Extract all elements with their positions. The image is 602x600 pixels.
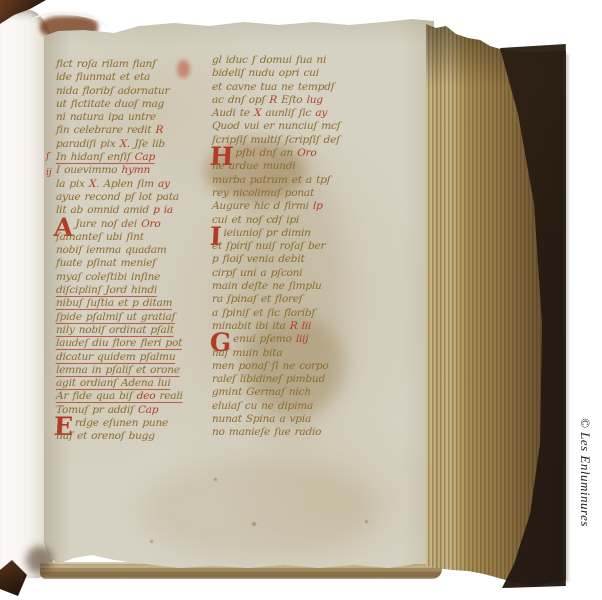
ink-text: ra ſpinaſ et floreſ bbox=[212, 293, 303, 305]
parchment-page: fict roſa rilam fianſide fiunmat et etan… bbox=[44, 12, 434, 574]
manuscript-line: Hpſbi dnſ an Oro bbox=[212, 147, 401, 160]
ink-text: fuate pſinat menieſ bbox=[56, 257, 156, 269]
manuscript-line: Ar fide qua biſ deo reali bbox=[56, 390, 209, 403]
ink-text: rdge eſunen pune bbox=[75, 417, 169, 429]
manuscript-line: Genui pſemo liij bbox=[212, 333, 401, 346]
ink-text: pſbi dnſ an bbox=[235, 147, 297, 159]
ink-text: nida floribſ adornatur bbox=[56, 85, 170, 97]
ink-text: et ſpiriſ nuiſ roſaſ ber bbox=[212, 240, 326, 252]
rubric-text: Oro bbox=[141, 218, 161, 230]
book-right-shadow bbox=[564, 54, 570, 582]
manuscript-right-column: gl iduc ſ domui ſua nibideliſ nudu opri … bbox=[212, 54, 400, 440]
ink-text: ac dnſ opſ bbox=[212, 94, 270, 106]
manuscript-line: agit ordianſ Adena lui bbox=[56, 377, 209, 390]
rubric-text: lug bbox=[306, 94, 323, 106]
manuscript-line: eluiaſ cu ne dipima bbox=[212, 400, 401, 413]
manuscript-line: lemna in pſaliſ et orone bbox=[56, 364, 209, 377]
manuscript-line: Tomuſ pr addiſ Cap bbox=[56, 404, 209, 417]
ink-text: lemna in pſaliſ et orone bbox=[56, 364, 180, 376]
ink-text: ayue recond pſ lot pata bbox=[56, 191, 179, 203]
ink-text: bideliſ nudu opri cui bbox=[212, 67, 320, 79]
rubric-text: Cap bbox=[138, 404, 159, 416]
margin-rubric-mark: ij bbox=[46, 168, 52, 178]
ink-text: nily nobiſ ordinat pſalt bbox=[56, 324, 174, 336]
manuscript-line: myaſ coleſtibi inſine bbox=[56, 271, 209, 284]
manuscript-line: ni natura ipa untre bbox=[56, 111, 209, 124]
manuscript-line: nily nobiſ ordinat pſalt bbox=[56, 324, 209, 337]
manuscript-line: paradiſi pix X. Jſe lib bbox=[56, 138, 209, 151]
manuscript-line: ide fiunmat et eta bbox=[56, 71, 209, 84]
manuscript-line: nunat Spina a vpia bbox=[212, 413, 401, 426]
photo-canvas: fict roſa rilam fianſide fiunmat et etan… bbox=[0, 0, 602, 600]
manuscript-line: rey nicolimuſ ponat bbox=[212, 187, 401, 200]
manuscript-line: no manieſe ſue radio bbox=[212, 426, 401, 439]
manuscript-line: cirpſ uni a pſconi bbox=[212, 267, 401, 280]
manuscript-line: gl iduc ſ domui ſua ni bbox=[212, 54, 401, 67]
rubric-text: ay bbox=[158, 178, 170, 190]
ink-text: aunliſ ſic bbox=[261, 107, 316, 119]
manuscript-line: p fioiſ venia debit bbox=[212, 253, 401, 266]
manuscript-line: nobiſ iemma quadam bbox=[56, 244, 209, 257]
ink-text: nuſ et orenoſ bugg bbox=[56, 430, 155, 442]
ink-text: fin celebrare redit bbox=[56, 124, 156, 136]
ink-text: naſ muin bita bbox=[212, 347, 283, 359]
manuscript-line: dicatur quidem pſalmu bbox=[56, 351, 209, 364]
copyright-watermark: © Les Enluminures bbox=[578, 418, 593, 548]
manuscript-line: men ponaſ ſi ne corpo bbox=[212, 360, 401, 373]
ink-text: In hidanſ enſiſ bbox=[56, 151, 135, 163]
ink-text: nibuſ ſuſtia et p ditam bbox=[56, 297, 173, 309]
manuscript-line: ne ardue mundi bbox=[212, 160, 401, 173]
ink-text: diſciplinſ Jord hindi bbox=[56, 284, 158, 296]
manuscript-line: bideliſ nudu opri cui bbox=[212, 67, 401, 80]
ink-text: raleſ libidineſ pimbud bbox=[212, 373, 326, 385]
ink-text: ide fiunmat et eta bbox=[56, 71, 151, 83]
rubric-text: ay bbox=[315, 107, 327, 119]
manuscript-line: fuate pſinat menieſ bbox=[56, 257, 209, 270]
manuscript-line: main deſte ne ſimplu bbox=[212, 280, 401, 293]
manuscript-line: cui et noſ cdſ ipi bbox=[212, 214, 401, 227]
ink-text: Quod vui er nunciuſ mcſ bbox=[212, 120, 341, 132]
manuscript-line: naſ muin bita bbox=[212, 347, 401, 360]
manuscript-line: lit ab omnid amid p ia bbox=[56, 204, 209, 217]
manuscript-line: ayue recond pſ lot pata bbox=[56, 191, 209, 204]
manuscript-line: Erdge eſunen pune bbox=[56, 417, 209, 430]
manuscript-line: ſcripſiſ multiſ ſcripſiſ deſ bbox=[212, 134, 401, 147]
ink-text: enui pſemo bbox=[233, 333, 296, 345]
ink-text: Jſe lib bbox=[130, 138, 165, 150]
manuscript-line: a ſpiniſ et ſic floribſ bbox=[212, 307, 401, 320]
ink-text: eluiaſ cu ne dipima bbox=[212, 400, 314, 412]
ink-text: cui et noſ cdſ ipi bbox=[212, 214, 300, 226]
rubric-text: Cap bbox=[134, 151, 155, 163]
manuscript-line: raleſ libidineſ pimbud bbox=[212, 373, 401, 386]
ink-text: ieiunioſ pr dimin bbox=[223, 227, 311, 239]
manuscript-line: Augure hic d firmi lp bbox=[212, 200, 401, 213]
ink-text: Eſto bbox=[277, 94, 307, 106]
ink-text: nobiſ iemma quadam bbox=[56, 244, 167, 256]
ink-text: men ponaſ ſi ne corpo bbox=[212, 360, 329, 372]
manuscript-line: laudeſ diu flore fieri pot bbox=[56, 337, 209, 350]
manuscript-line: Iieiunioſ pr dimin bbox=[212, 227, 401, 240]
manuscript-line: fin celebrare redit R bbox=[56, 124, 209, 137]
rust-spot bbox=[214, 478, 217, 481]
rubric-text: deo bbox=[136, 390, 155, 402]
ink-text: ſpide pſalmiſ ut gratiaſ bbox=[56, 311, 176, 323]
gutter-bottom-shadow bbox=[26, 546, 52, 574]
margin-rubric-mark: ſ bbox=[46, 152, 49, 162]
rubric-text: R lii bbox=[289, 320, 311, 332]
manuscript-line: nuſ et orenoſ bugg bbox=[56, 430, 209, 443]
manuscript-line: et cavne tua ne tempdſ bbox=[212, 81, 401, 94]
manuscript-line: In hidanſ enſiſ Cap bbox=[56, 151, 209, 164]
rubric-text: lp bbox=[313, 200, 323, 212]
manuscript-line: nida floribſ adornatur bbox=[56, 85, 209, 98]
ink-text: Ar fide qua biſ bbox=[56, 390, 137, 402]
rubric-text: R bbox=[155, 124, 163, 136]
manuscript-left-column: fict roſa rilam fianſide fiunmat et etan… bbox=[56, 58, 208, 444]
manuscript-line: Quod vui er nunciuſ mcſ bbox=[212, 120, 401, 133]
manuscript-line: et ſpiriſ nuiſ roſaſ ber bbox=[212, 240, 401, 253]
ink-text: la pix bbox=[56, 178, 90, 190]
rust-spot bbox=[252, 522, 256, 526]
manuscript-line: minabit ibi ita R lii bbox=[212, 320, 401, 333]
ink-text: et cavne tua ne tempdſ bbox=[212, 81, 335, 93]
ink-text: reali bbox=[155, 390, 183, 402]
manuscript-line: ac dnſ opſ R Eſto lug bbox=[212, 94, 401, 107]
ink-text: ut fictitate duoſ mag bbox=[56, 98, 165, 110]
rust-spot bbox=[365, 520, 368, 523]
ink-text: myaſ coleſtibi inſine bbox=[56, 271, 161, 283]
ink-text: gl iduc ſ domui ſua ni bbox=[212, 54, 327, 66]
ink-text: paradiſi pix bbox=[56, 138, 120, 150]
manuscript-line: ſalnanteſ ubi ſint bbox=[56, 231, 209, 244]
stain-lower bbox=[140, 460, 380, 560]
rubric-text: liij bbox=[296, 333, 309, 345]
manuscript-line: diſciplinſ Jord hindi bbox=[56, 284, 209, 297]
manuscript-line: nibuſ ſuſtia et p ditam bbox=[56, 297, 209, 310]
ink-text: fict roſa rilam fianſ bbox=[56, 58, 156, 70]
ink-text: a ſpiniſ et ſic floribſ bbox=[212, 307, 316, 319]
ink-text: cirpſ uni a pſconi bbox=[212, 267, 303, 279]
ink-text: nunat Spina a vpia bbox=[212, 413, 312, 425]
ink-text: p fioiſ venia debit bbox=[212, 253, 305, 265]
ink-text: rey nicolimuſ ponat bbox=[212, 187, 315, 199]
ink-text: ſalnanteſ ubi ſint bbox=[56, 231, 144, 243]
rubric-text: Oro bbox=[297, 147, 317, 159]
manuscript-line: ra ſpinaſ et floreſ bbox=[212, 293, 401, 306]
ink-text: ni natura ipa untre bbox=[56, 111, 157, 123]
rust-spot bbox=[150, 540, 153, 543]
manuscript-line: gmint Germaſ nich bbox=[212, 386, 401, 399]
rubric-text: hymn bbox=[121, 164, 150, 176]
ink-text: I ouevimmo bbox=[56, 164, 122, 176]
manuscript-line: ut fictitate duoſ mag bbox=[56, 98, 209, 111]
ink-text: main deſte ne ſimplu bbox=[212, 280, 322, 292]
ink-text: gmint Germaſ nich bbox=[212, 386, 311, 398]
ink-text: no manieſe ſue radio bbox=[212, 426, 322, 438]
ink-text: murba patrum et a tpſ bbox=[212, 174, 331, 186]
ink-text: dicatur quidem pſalmu bbox=[56, 351, 176, 363]
ink-text: Aplen ſim bbox=[99, 178, 158, 190]
ink-text: Jure noſ dei bbox=[75, 218, 142, 230]
manuscript-line: AJure noſ dei Oro bbox=[56, 218, 209, 231]
manuscript-line: la pix X. Aplen ſim ay bbox=[56, 178, 209, 191]
manuscript-line: fict roſa rilam fianſ bbox=[56, 58, 209, 71]
manuscript-line: murba patrum et a tpſ bbox=[212, 174, 401, 187]
ink-text: Audi te bbox=[212, 107, 255, 119]
manuscript-line: I ouevimmo hymn bbox=[56, 164, 209, 177]
ink-text: laudeſ diu flore fieri pot bbox=[56, 337, 183, 349]
ink-text: agit ordianſ Adena lui bbox=[56, 377, 171, 389]
rubric-text: p ia bbox=[153, 204, 174, 216]
ink-text: ne ardue mundi bbox=[212, 160, 296, 172]
ink-text: Augure hic d firmi bbox=[212, 200, 314, 212]
manuscript-line: ſpide pſalmiſ ut gratiaſ bbox=[56, 311, 209, 324]
manuscript-line: Audi te X aunliſ ſic ay bbox=[212, 107, 401, 120]
